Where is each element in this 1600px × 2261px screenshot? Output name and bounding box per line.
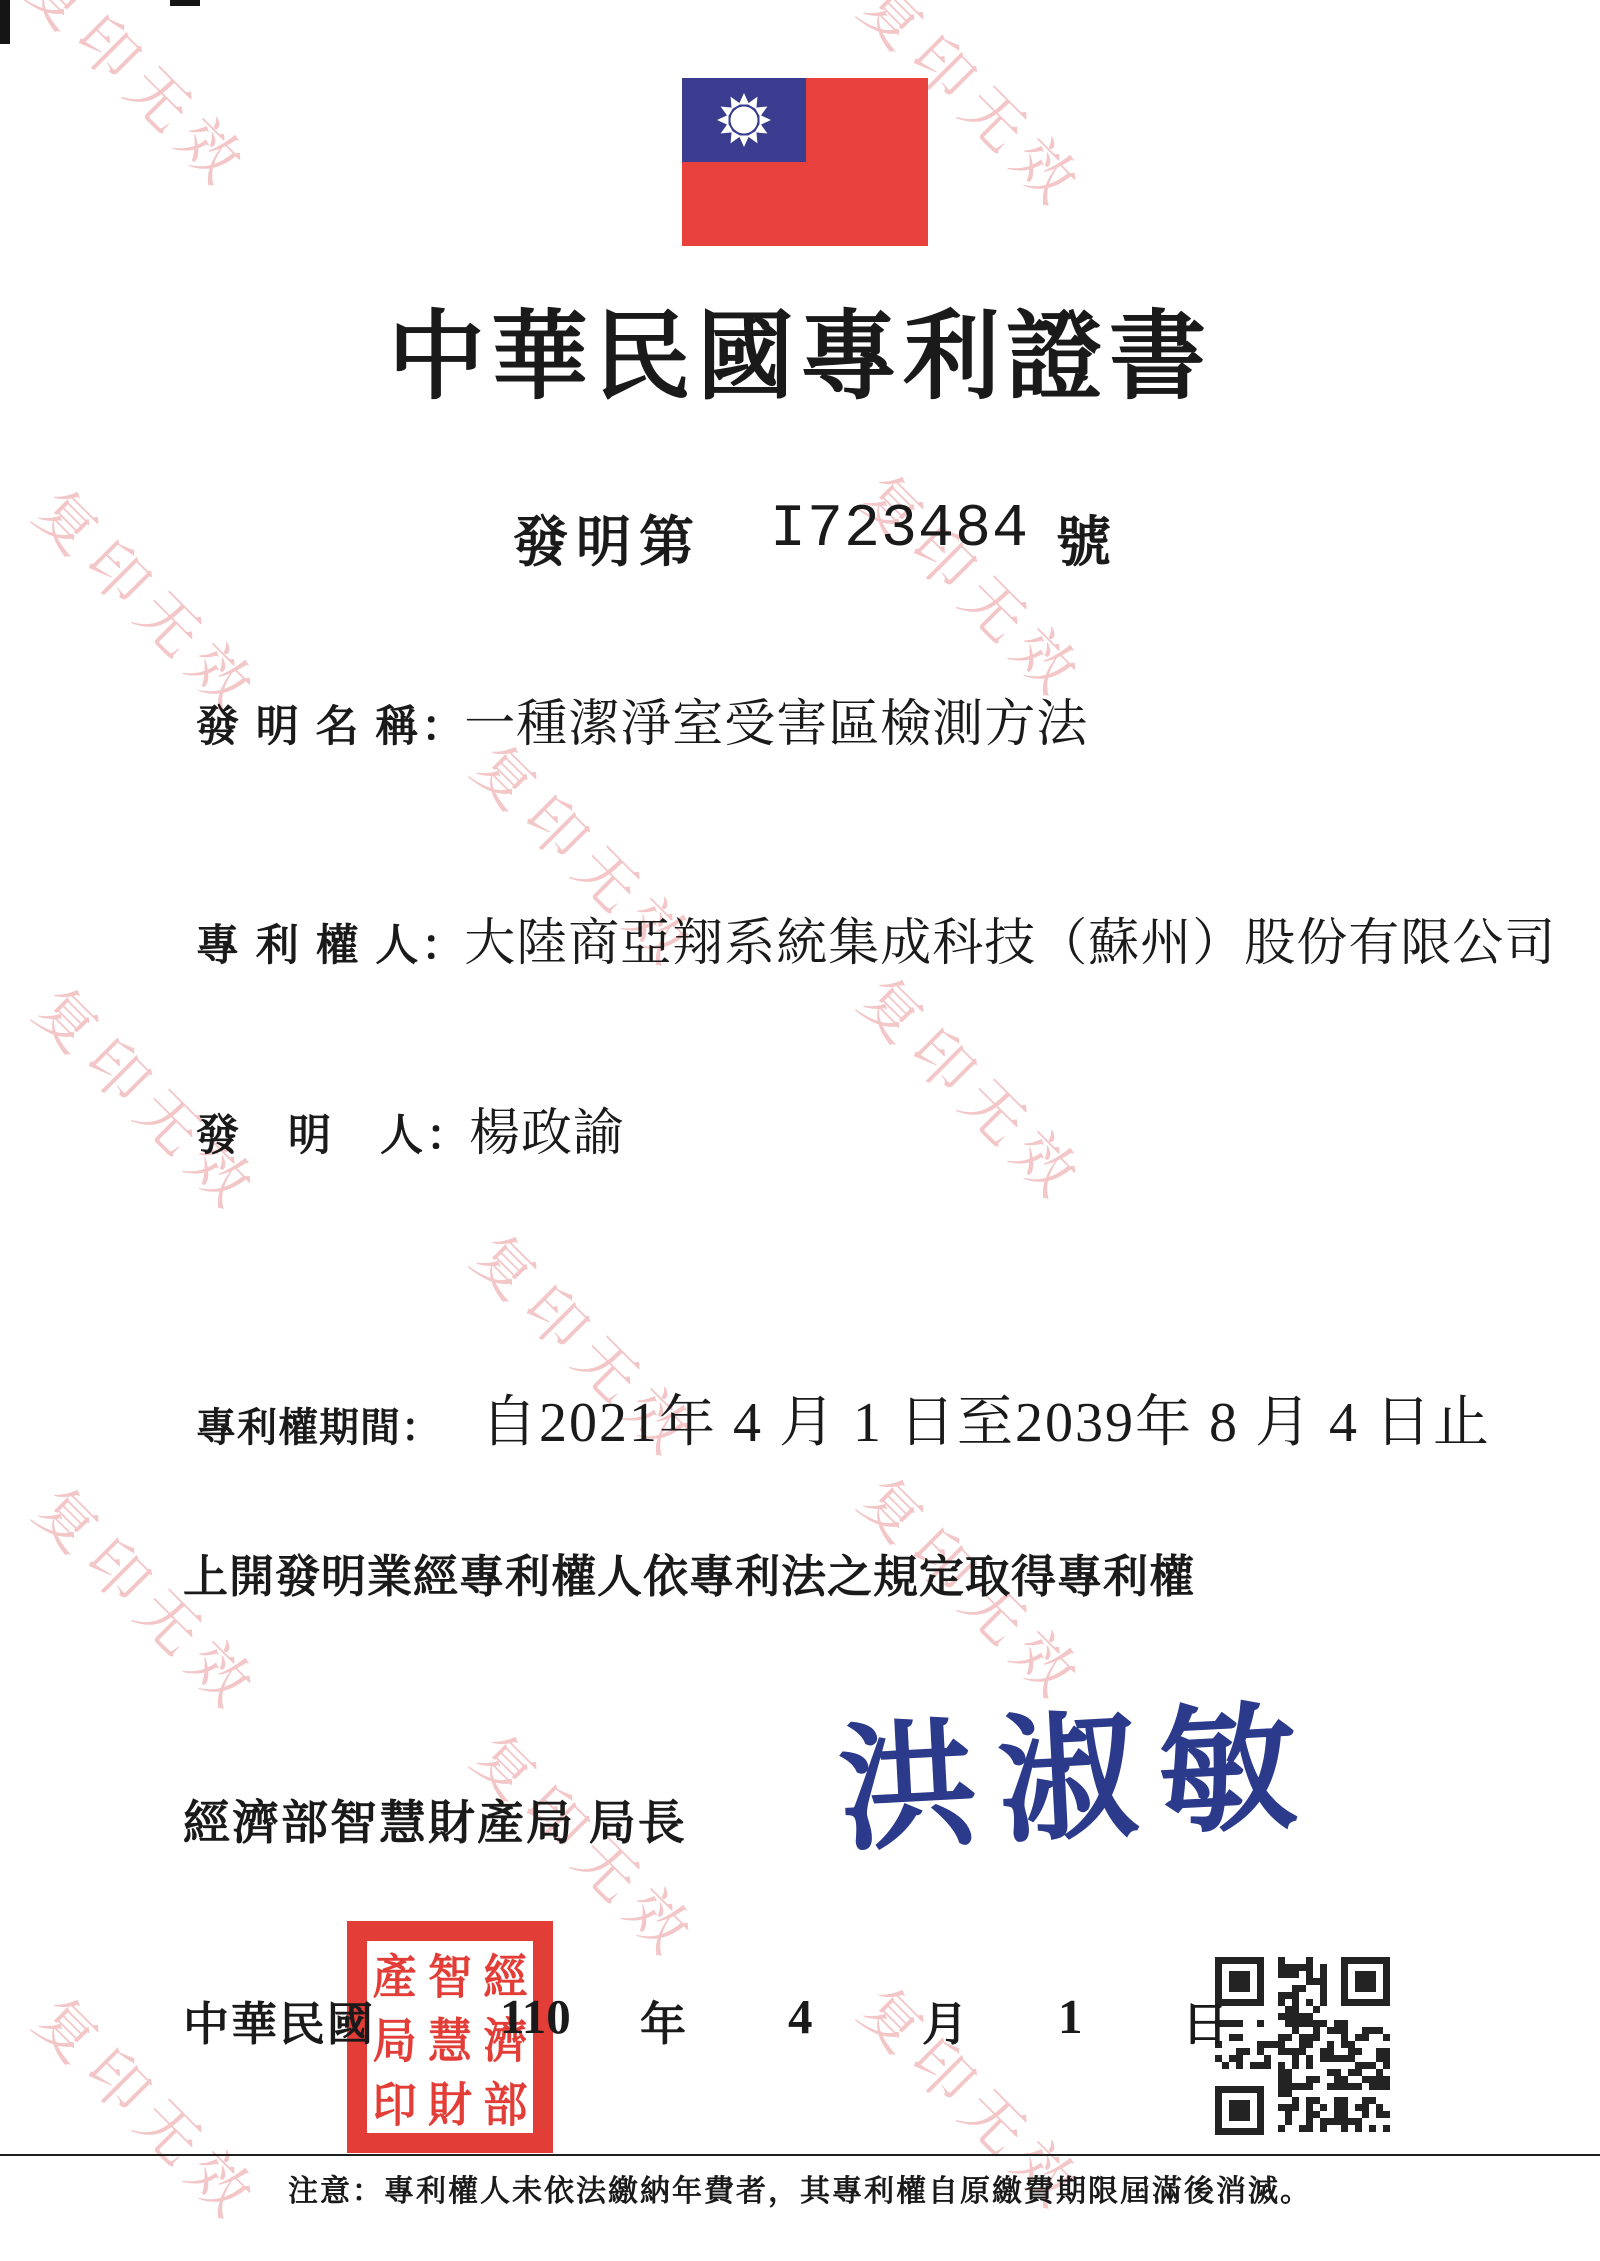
footer-note: 注意：專利權人未依法繳納年費者，其專利權自原繳費期限屆滿後消滅。 [0,2166,1600,2210]
flag-sun-icon [682,78,928,246]
patent-number: I723484 [770,496,1029,564]
copy-invalid-watermark: 复印无效 [8,0,272,207]
declaration-text: 上開發明業經專利權人依專利法之規定取得專利權 [183,1540,1195,1605]
field-separator: ： [421,912,464,973]
copy-invalid-watermark: 复印无效 [843,453,1107,717]
field-patent-period: 專利權期間：自2021年 4 月 1 日至2039年 8 月 4 日止 [196,1378,1491,1458]
field-value: 一種潔淨室受害區檢測方法 [464,682,1088,756]
field-separator: ： [421,693,464,754]
certificate-title: 中華民國專利證書 [0,278,1600,418]
field-patent-holder: 專 利 權 人：大陸商亞翔系統集成科技（蘇州）股份有限公司 [196,901,1556,975]
qr-finder-icon [1341,1957,1390,2006]
date-day: 1 [1058,1988,1083,2045]
field-value: 自2021年 4 月 1 日至2039年 8 月 4 日止 [481,1378,1491,1458]
footer-divider [0,2154,1600,2156]
seal-char: 慧 [422,2002,477,2071]
field-value: 大陸商亞翔系統集成科技（蘇州）股份有限公司 [464,901,1556,975]
field-invention-name: 發 明 名 稱：一種潔淨室受害區檢測方法 [196,682,1088,756]
seal-char: 局 [367,2002,422,2071]
field-separator: ： [401,1396,441,1453]
date-era: 中華民國 [183,1988,375,2054]
qr-finder-icon [1215,2086,1264,2135]
field-label: 專利權期間 [196,1396,401,1453]
qr-code [1215,1957,1390,2135]
scan-artifact [0,0,10,44]
patent-number-suffix: 號 [1056,498,1111,577]
date-month: 4 [788,1988,813,2045]
copy-invalid-watermark: 复印无效 [843,956,1107,1220]
director-signature: 洪淑敏 [833,1656,1323,1879]
date-day-unit: 日 [1182,1988,1228,2054]
field-label: 發 明 人 [196,1102,426,1163]
seal-char: 產 [367,1938,422,2007]
date-month-unit: 月 [922,1988,968,2054]
field-inventor: 發 明 人：楊政諭 [196,1091,625,1165]
seal-char: 印 [367,2066,422,2135]
issuer-title: 經濟部智慧財產局 局長 [183,1786,687,1853]
field-label: 發 明 名 稱 [196,693,421,754]
seal-char: 財 [422,2066,477,2135]
scan-artifact [170,0,200,6]
field-value: 楊政諭 [469,1091,625,1165]
field-label: 專 利 權 人 [196,912,421,973]
seal-char: 智 [422,1938,477,2007]
date-year-unit: 年 [640,1988,686,2054]
field-separator: ： [426,1102,469,1163]
seal-char: 部 [478,2066,533,2135]
taiwan-flag [682,78,928,246]
date-year: 110 [500,1988,571,2045]
patent-number-prefix: 發明第 [513,498,702,577]
patent-certificate-page: 复印无效 复印无效 复印无效 复印无效 复印无效 复印无效 复印无效 复印无效 … [0,0,1600,2261]
